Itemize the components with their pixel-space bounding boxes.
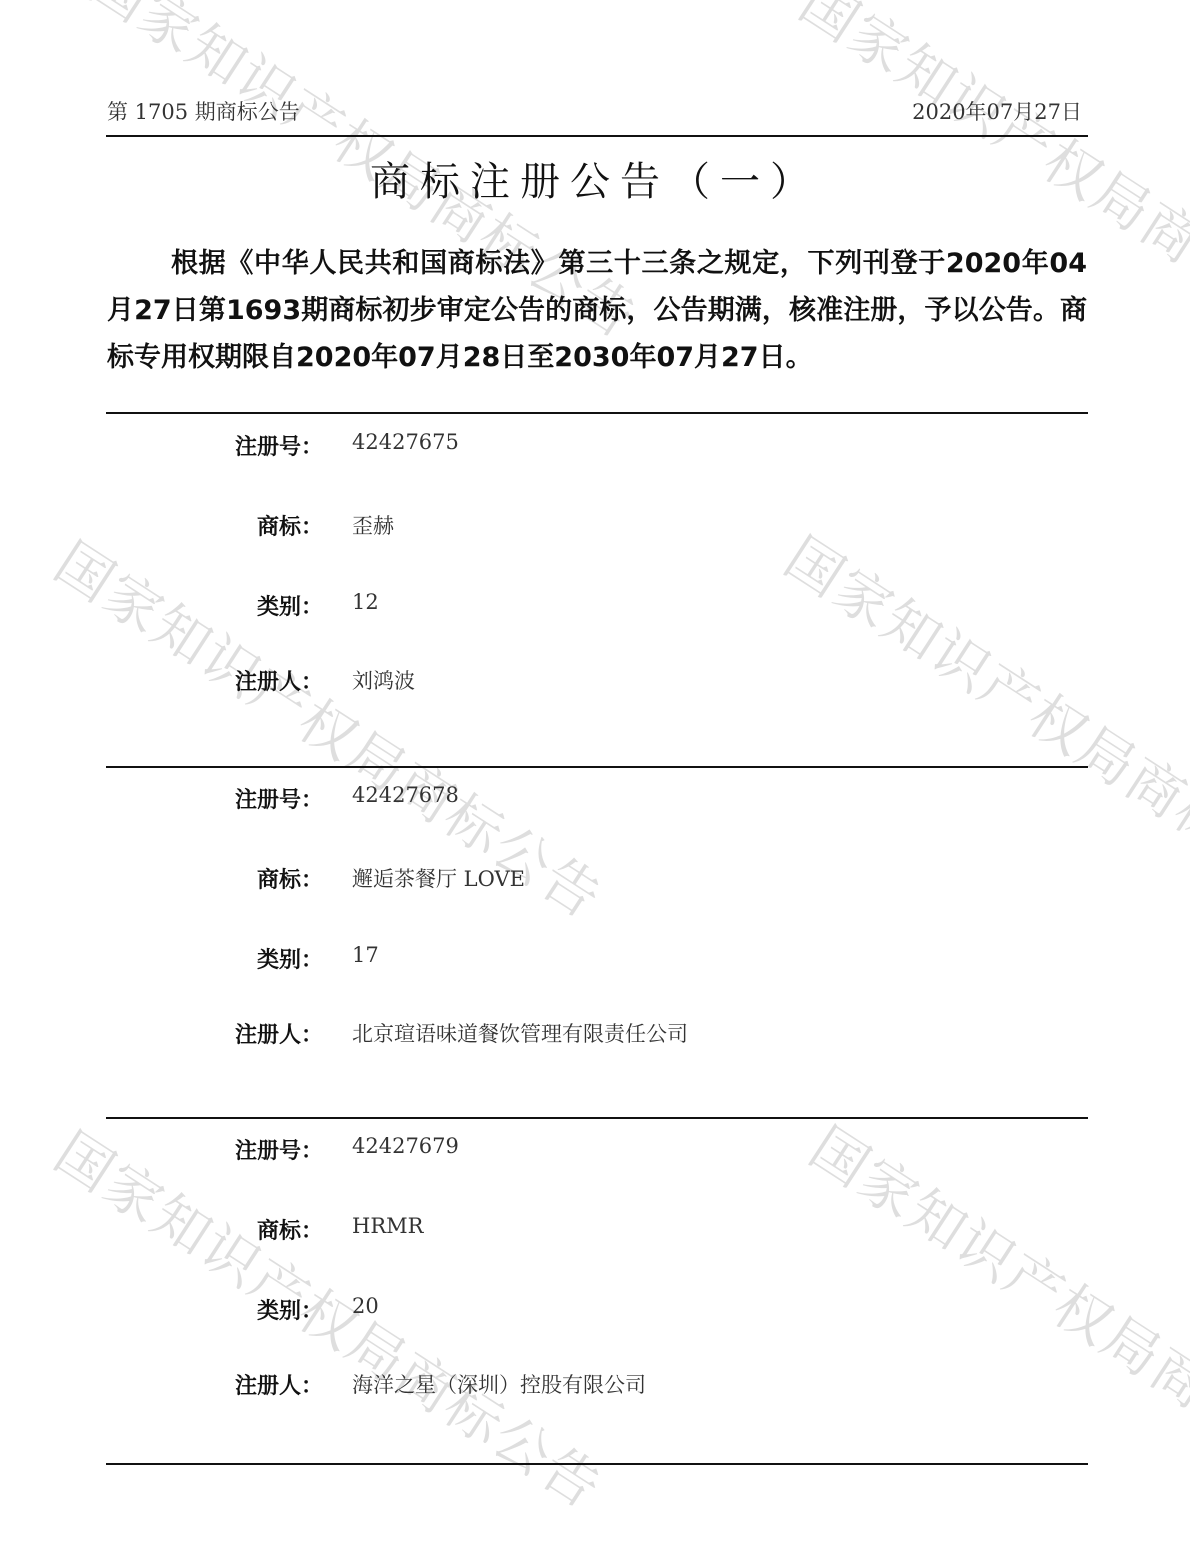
registrant-value: 北京瑄语味道餐饮管理有限责任公司: [352, 1018, 688, 1048]
class-value: 20: [352, 1294, 379, 1318]
registrant-field: 注册人： 海洋之星（深圳）控股有限公司: [106, 1369, 1088, 1403]
registrant-label: 注册人：: [235, 1369, 323, 1400]
class-field: 类别： 17: [106, 943, 1088, 977]
reg-no-value: 42427679: [352, 1134, 459, 1158]
mark-label: 商标：: [257, 510, 323, 541]
divider: [106, 1463, 1088, 1465]
mark-value: 歪赫: [352, 510, 394, 540]
class-value: 12: [352, 590, 379, 614]
registrant-field: 注册人： 北京瑄语味道餐饮管理有限责任公司: [106, 1018, 1088, 1052]
mark-label: 商标：: [257, 1214, 323, 1245]
mark-field: 商标： HRMR: [106, 1214, 1088, 1248]
intro-paragraph: 根据《中华人民共和国商标法》第三十三条之规定，下列刊登于2020年04月27日第…: [107, 240, 1087, 381]
mark-value: HRMR: [352, 1214, 423, 1238]
reg-no-value: 42427675: [352, 430, 459, 454]
divider: [106, 412, 1088, 414]
mark-label: 商标：: [257, 863, 323, 894]
mark-field: 商标： 邂逅茶餐厅 LOVE: [106, 863, 1088, 897]
class-label: 类别：: [257, 590, 323, 621]
reg-no-value: 42427678: [352, 783, 459, 807]
divider: [106, 1117, 1088, 1119]
class-value: 17: [352, 943, 379, 967]
issue-date: 2020年07月27日: [912, 96, 1082, 126]
document-page: 国家知识产权局商标公告 国家知识产权局商标公告 国家知识产权局商标公告 国家知识…: [0, 0, 1190, 1564]
reg-no-label: 注册号：: [235, 783, 323, 814]
issue-number: 第 1705 期商标公告: [107, 96, 300, 126]
class-label: 类别：: [257, 943, 323, 974]
class-label: 类别：: [257, 1294, 323, 1325]
header-divider: [106, 135, 1088, 137]
reg-no-field: 注册号： 42427679: [106, 1134, 1088, 1168]
mark-value: 邂逅茶餐厅 LOVE: [352, 863, 525, 893]
registrant-value: 海洋之星（深圳）控股有限公司: [352, 1369, 646, 1399]
registrant-label: 注册人：: [235, 1018, 323, 1049]
reg-no-field: 注册号： 42427678: [106, 783, 1088, 817]
page-title: 商标注册公告（一）: [0, 150, 1190, 207]
reg-no-label: 注册号：: [235, 430, 323, 461]
reg-no-label: 注册号：: [235, 1134, 323, 1165]
registrant-value: 刘鸿波: [352, 665, 415, 695]
registrant-field: 注册人： 刘鸿波: [106, 665, 1088, 699]
class-field: 类别： 12: [106, 590, 1088, 624]
mark-field: 商标： 歪赫: [106, 510, 1088, 544]
reg-no-field: 注册号： 42427675: [106, 430, 1088, 464]
class-field: 类别： 20: [106, 1294, 1088, 1328]
registrant-label: 注册人：: [235, 665, 323, 696]
divider: [106, 766, 1088, 768]
